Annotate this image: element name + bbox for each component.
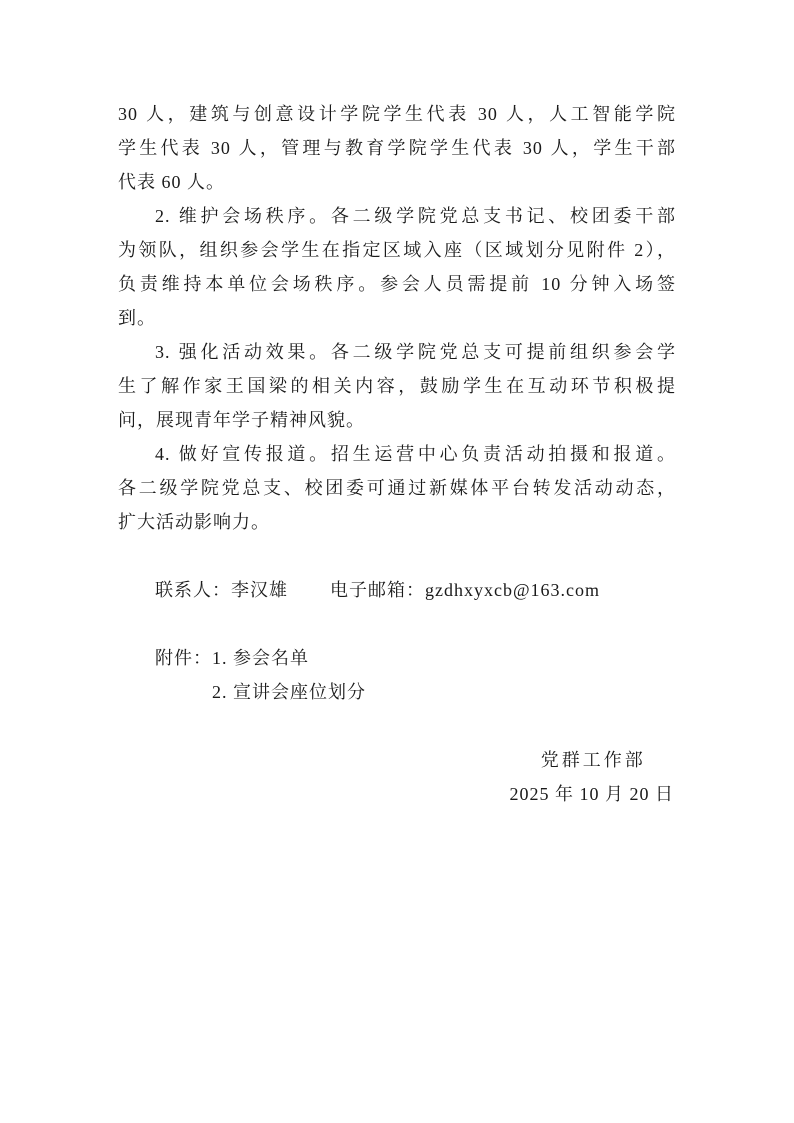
body-line: 到。 [118, 301, 676, 335]
signature-department: 党群工作部 [510, 743, 675, 777]
attachment-label: 附件： [155, 641, 212, 675]
body-line: 扩大活动影响力。 [118, 505, 676, 539]
body-line: 负责维持本单位会场秩序。参会人员需提前 10 分钟入场签 [118, 267, 676, 301]
body-line: 30 人，建筑与创意设计学院学生代表 30 人，人工智能学院 [118, 97, 676, 131]
body-line: 生了解作家王国梁的相关内容，鼓励学生在互动环节积极提 [118, 369, 676, 403]
attachment-item: 2. 宣讲会座位划分 [212, 675, 676, 709]
signature-date: 2025 年 10 月 20 日 [510, 777, 675, 811]
body-line: 为领队，组织参会学生在指定区域入座（区域划分见附件 2）， [118, 233, 676, 267]
body-line: 代表 60 人。 [118, 165, 676, 199]
body-line: 3. 强化活动效果。各二级学院党总支可提前组织参会学 [118, 335, 676, 369]
body-line: 4. 做好宣传报道。招生运营中心负责活动拍摄和报道。 [118, 437, 676, 471]
body-line: 各二级学院党总支、校团委可通过新媒体平台转发活动动态， [118, 471, 676, 505]
document-page: 30 人，建筑与创意设计学院学生代表 30 人，人工智能学院 学生代表 30 人… [0, 0, 794, 1123]
signature-block: 党群工作部 2025 年 10 月 20 日 [510, 743, 675, 811]
body-line: 学生代表 30 人，管理与教育学院学生代表 30 人，学生干部 [118, 131, 676, 165]
attachment-block: 附件： 1. 参会名单 2. 宣讲会座位划分 [118, 641, 676, 709]
document-content: 30 人，建筑与创意设计学院学生代表 30 人，人工智能学院 学生代表 30 人… [118, 97, 676, 811]
attachment-items: 1. 参会名单 2. 宣讲会座位划分 [212, 641, 676, 709]
body-line: 问，展现青年学子精神风貌。 [118, 403, 676, 437]
contact-email: 电子邮箱：gzdhxyxcb@163.com [330, 580, 600, 600]
contact-person: 联系人：李汉雄 [155, 580, 288, 600]
body-line: 2. 维护会场秩序。各二级学院党总支书记、校团委干部 [118, 199, 676, 233]
attachment-item: 1. 参会名单 [212, 641, 676, 675]
contact-line: 联系人：李汉雄电子邮箱：gzdhxyxcb@163.com [118, 573, 676, 607]
